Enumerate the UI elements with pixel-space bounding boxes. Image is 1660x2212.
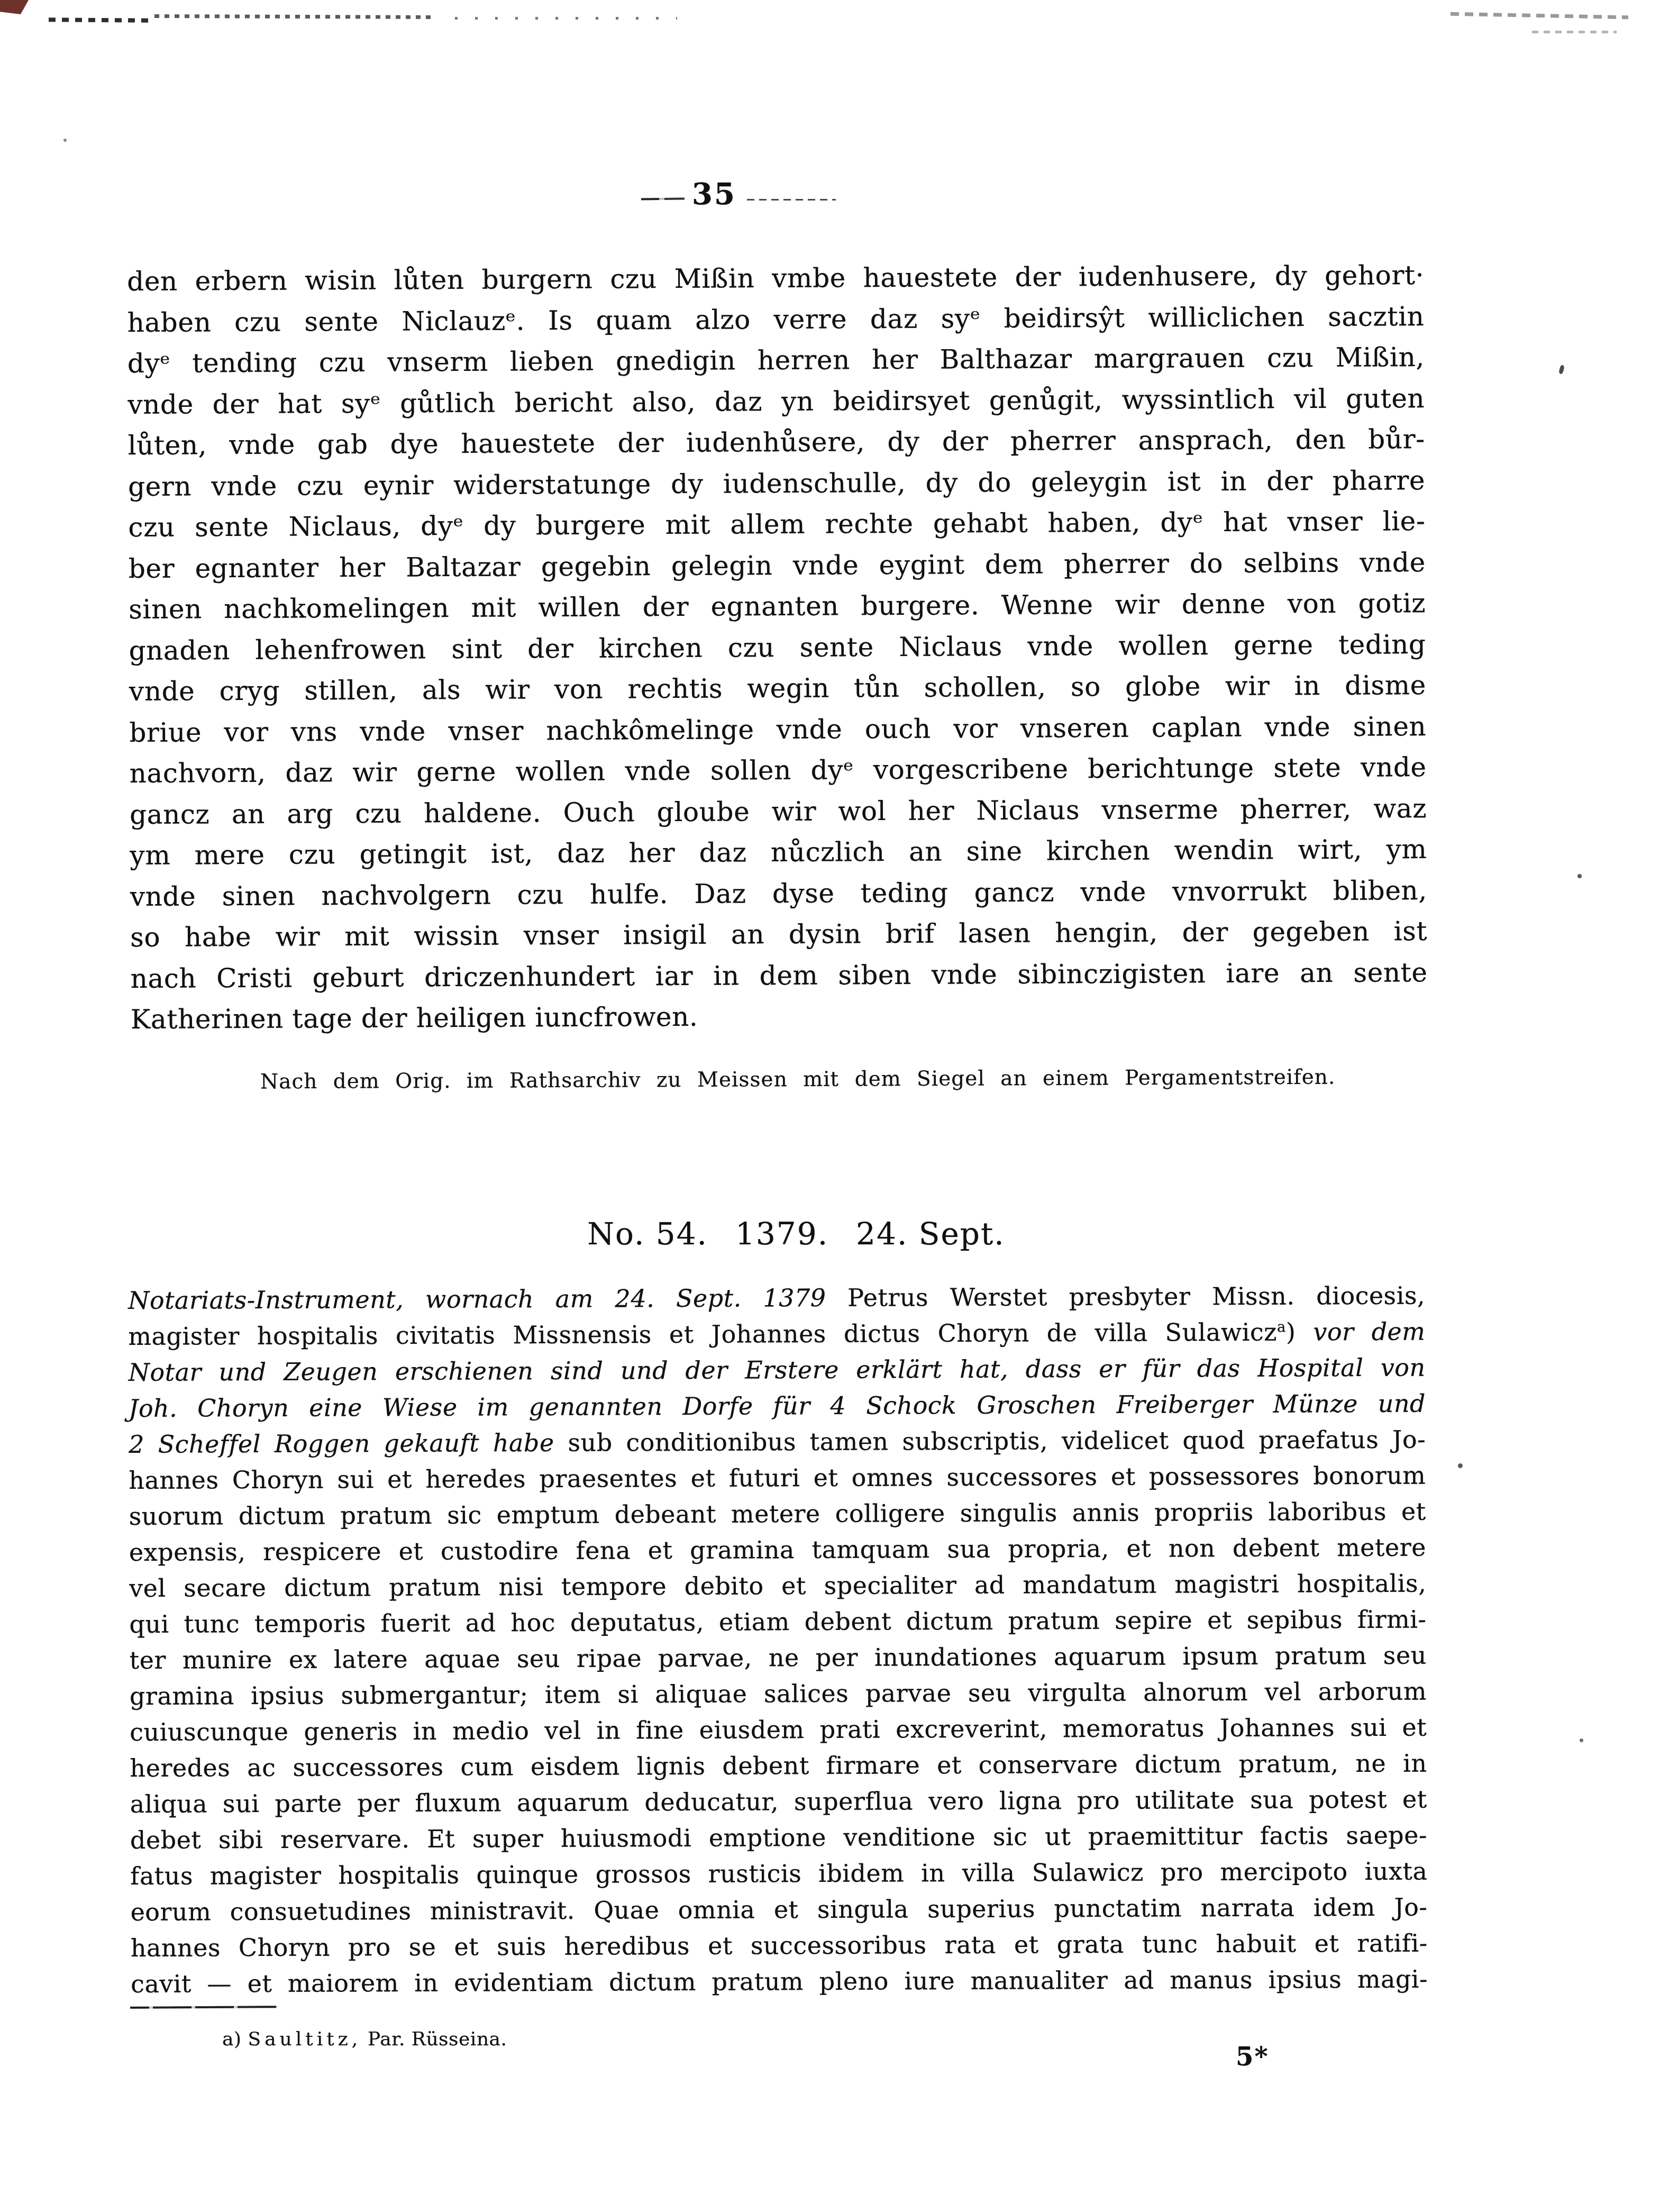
scan-speck	[1577, 874, 1582, 878]
entry-line: heredes ac successores cum eisdem lignis…	[130, 1745, 1427, 1786]
text-segment: fatus magister hospitalis quinque grosso…	[130, 1857, 1427, 1890]
footnote-rest: Par. Rüsseina.	[368, 2028, 507, 2050]
regest-segment: 2 Scheffel Roggen gekauft habe	[129, 1428, 554, 1459]
scan-artifact-dashes	[1451, 12, 1628, 19]
scan-artifact-dashes	[49, 17, 149, 22]
regest-segment: Joh. Choryn eine Wiese im genannten Dorf…	[129, 1389, 1426, 1423]
scan-artifact-dashes	[1532, 31, 1617, 33]
charter-line: haben czu sente Niclauzᵉ. Is quam alzo v…	[127, 296, 1424, 343]
entry-line: 2 Scheffel Roggen gekauft habe sub condi…	[129, 1422, 1426, 1462]
entry-line: Joh. Choryn eine Wiese im genannten Dorf…	[129, 1386, 1426, 1426]
text-segment: heredes ac successores cum eisdem lignis…	[130, 1749, 1427, 1782]
text-segment: Petrus Werstet presbyter Missn. diocesis…	[826, 1281, 1425, 1312]
scan-speck	[63, 139, 67, 142]
text-segment: debet sibi reservare. Et super huiusmodi…	[130, 1821, 1427, 1854]
regest-segment: vor dem	[1313, 1317, 1425, 1346]
text-segment: sub conditionibus tamen subscriptis, vid…	[554, 1425, 1426, 1457]
scan-speck	[1458, 1463, 1463, 1468]
footnote-place: Saultitz,	[248, 2028, 361, 2050]
entry-text: Notariats-Instrument, wornach am 24. Sep…	[128, 1278, 1428, 2002]
scan-speck	[1558, 365, 1565, 374]
footnote-reference: a	[1277, 1318, 1286, 1335]
text-segment: eorum consuetudines ministravit. Quae om…	[130, 1893, 1427, 1926]
charter-line: briue vor vns vnde vnser nachkômelinge v…	[129, 706, 1426, 753]
text-segment: )	[1286, 1317, 1314, 1346]
header-rule-right	[747, 199, 836, 201]
charter-line: ber egnanter her Baltazar gegebin gelegi…	[129, 542, 1426, 589]
entry-line: ter munire ex latere aquae seu ripae par…	[130, 1637, 1427, 1678]
entry-line: cavit — et maiorem in evidentiam dictum …	[131, 1961, 1428, 2002]
entry-line: Notar und Zeugen erschienen sind und der…	[129, 1350, 1426, 1390]
text-segment: suorum dictum pratum sic emptum debeant …	[129, 1497, 1426, 1531]
text-segment: aliqua sui parte per fluxum aquarum dedu…	[130, 1785, 1427, 1818]
charter-line: gnaden lehenfrowen sint der kirchen czu …	[129, 624, 1426, 671]
text-segment: magister hospitalis civitatis Missnensis…	[128, 1318, 1277, 1351]
text-segment: cuiuscunque generis in medio vel in fine…	[130, 1713, 1427, 1746]
entry-date: 24. Sept.	[856, 1216, 1005, 1252]
charter-line: sinen nachkomelingen mit willen der egna…	[129, 583, 1426, 630]
regest-segment: Notariats-Instrument, wornach am 24. Sep…	[128, 1283, 826, 1315]
entry-year: 1379.	[735, 1216, 828, 1252]
scan-artifact-dashes	[154, 14, 435, 19]
source-note: Nach dem Orig. im Rathsarchiv zu Meissen…	[260, 1066, 1336, 1094]
charter-line: gancz an arg czu haldene. Ouch gloube wi…	[130, 788, 1427, 835]
entry-line: suorum dictum pratum sic emptum debeant …	[129, 1494, 1426, 1534]
scanned-book-page: 35 den erbern wisin lůten burgern czu Mi…	[0, 0, 1660, 2212]
entry-line: hannes Choryn pro se et suis heredibus e…	[131, 1925, 1428, 1966]
charter-line: czu sente Niclaus, dyᵉ dy burgere mit al…	[128, 501, 1425, 548]
text-segment: qui tunc temporis fuerit ad hoc deputatu…	[129, 1605, 1426, 1638]
entry-heading: No. 54. 1379. 24. Sept.	[148, 1216, 1444, 1252]
scan-artifact-corner	[0, 0, 29, 14]
text-segment: gramina ipsius submergantur; item si ali…	[130, 1677, 1427, 1710]
charter-line: lůten, vnde gab dye hauestete der iudenh…	[128, 419, 1425, 466]
entry-line: vel secare dictum pratum nisi tempore de…	[129, 1565, 1426, 1606]
entry-line: expensis, respicere et custodire fena et…	[129, 1530, 1426, 1570]
charter-text: den erbern wisin lůten burgern czu Mißin…	[127, 255, 1428, 1040]
text-segment: ter munire ex latere aquae seu ripae par…	[130, 1641, 1427, 1674]
charter-line: so habe wir mit wissin vnser insigil an …	[130, 911, 1427, 958]
regest-segment: Notar und Zeugen erschienen sind und der…	[129, 1353, 1426, 1387]
charter-line: gern vnde czu eynir widerstatunge dy iud…	[128, 460, 1425, 507]
scan-speck	[1580, 1738, 1583, 1742]
footnote-rule	[130, 2006, 277, 2008]
footnote-marker: a)	[222, 2028, 242, 2050]
entry-line: eorum consuetudines ministravit. Quae om…	[130, 1889, 1427, 1930]
charter-line: Katherinen tage der heiligen iuncfrowen.	[131, 993, 1428, 1040]
entry-line: debet sibi reservare. Et super huiusmodi…	[130, 1817, 1427, 1858]
text-segment: expensis, respicere et custodire fena et…	[129, 1533, 1426, 1567]
entry-number: No. 54.	[587, 1216, 708, 1252]
text-segment: hannes Choryn sui et heredes praesentes …	[129, 1461, 1426, 1495]
charter-line: dyᵉ tending czu vnserm lieben gnedigin h…	[127, 337, 1425, 384]
page-number: 35	[127, 177, 1301, 212]
text-segment: cavit — et maiorem in evidentiam dictum …	[131, 1965, 1428, 1998]
entry-line: magister hospitalis civitatis Missnensis…	[128, 1314, 1425, 1354]
entry-line: qui tunc temporis fuerit ad hoc deputatu…	[129, 1601, 1426, 1642]
printer-signature: 5*	[1236, 2042, 1269, 2072]
entry-line: aliqua sui parte per fluxum aquarum dedu…	[130, 1781, 1427, 1822]
entry-line: cuiuscunque generis in medio vel in fine…	[130, 1709, 1427, 1750]
entry-line: fatus magister hospitalis quinque grosso…	[130, 1853, 1427, 1894]
text-segment: vel secare dictum pratum nisi tempore de…	[129, 1569, 1426, 1603]
charter-line: nachvorn, daz wir gerne wollen vnde soll…	[130, 747, 1427, 794]
charter-line: ym mere czu getingit ist, daz her daz nů…	[130, 829, 1427, 876]
charter-line: vnde cryg stillen, als wir von rechtis w…	[129, 665, 1426, 712]
scan-artifact-dashes	[455, 17, 677, 20]
charter-line: vnde der hat syᵉ gůtlich bericht also, d…	[127, 378, 1425, 425]
entry-line: Notariats-Instrument, wornach am 24. Sep…	[128, 1278, 1425, 1318]
entry-line: hannes Choryn sui et heredes praesentes …	[129, 1458, 1426, 1498]
charter-line: nach Cristi geburt driczenhundert iar in…	[130, 952, 1427, 999]
charter-line: vnde sinen nachvolgern czu hulfe. Daz dy…	[130, 870, 1427, 917]
charter-line: den erbern wisin lůten burgern czu Mißin…	[127, 255, 1424, 302]
entry-line: gramina ipsius submergantur; item si ali…	[130, 1673, 1427, 1714]
footnote: a) Saultitz, Par. Rüsseina.	[222, 2028, 507, 2050]
text-segment: hannes Choryn pro se et suis heredibus e…	[131, 1929, 1428, 1962]
